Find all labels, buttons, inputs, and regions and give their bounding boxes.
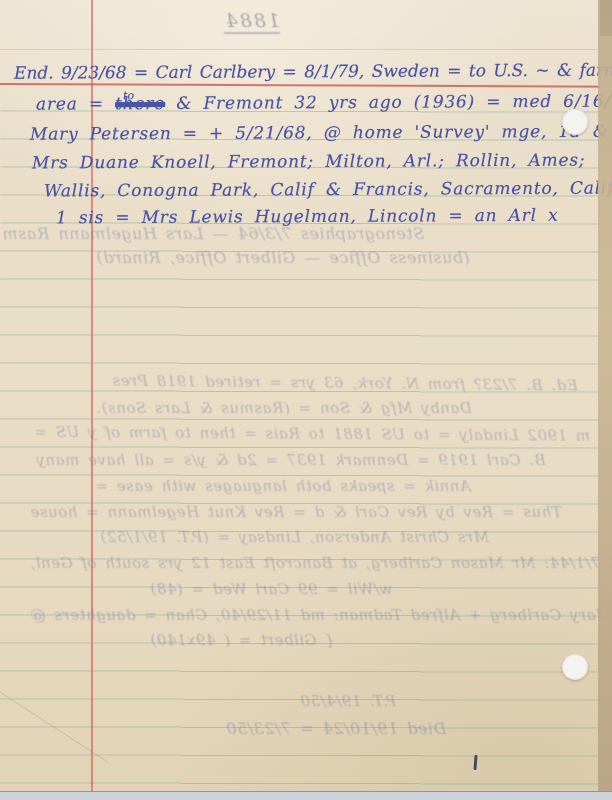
- line-2-prefix: area =: [36, 94, 115, 114]
- ghost-line: Stenographies 7/3/64 — Lars Hugelmann Ra…: [2, 224, 424, 243]
- page-bottom-edge: [0, 791, 612, 800]
- handwritten-line-1: End. 9/23/68 = Carl Carlbery = 8/1/79, S…: [14, 56, 612, 87]
- ghost-line: w/Wil = 99 Carl Wed = (48): [150, 580, 392, 598]
- ghost-line: P.T. 7/1/44: Mr Mason Carlberg, at Bancr…: [30, 554, 612, 572]
- ghost-line: ( Mary Carlberg + Alfred Tadman: md 11/2…: [30, 606, 612, 624]
- punched-hole-bottom: [562, 654, 588, 680]
- ghost-line: B. Carl 1919 = Denmark 1937 = 2d & y/s =…: [36, 451, 546, 469]
- handwritten-line-3: Mary Petersen = + 5/21/68, @ home 'Surve…: [30, 117, 612, 149]
- page-right-edge: [598, 0, 612, 793]
- ghost-line: Died 19/10/24 = 7/23/50: [226, 719, 446, 738]
- ghost-line: { Gilbert = ( 49x140): [150, 631, 335, 649]
- ghost-line: Annik = speaks both languages with ease …: [95, 477, 471, 495]
- red-margin-line-bleedthrough: [0, 49, 600, 50]
- line-2-suffix: & Fremont 32 yrs ago (1936) = med 6/16/0…: [165, 91, 612, 114]
- handwritten-line-2: area = thereto & Fremont 32 yrs ago (193…: [36, 87, 612, 118]
- handwritten-line-4: Mrs Duane Knoell, Fremont; Milton, Arl.;…: [32, 147, 585, 178]
- struck-out-word: thereto: [115, 94, 165, 114]
- ghost-line: Danby Mfg & Son = (Rasmus & Lars Sons).: [96, 399, 472, 417]
- ghost-line: (business Office — Gilbert Office, Rinar…: [96, 248, 470, 267]
- inserted-word-above: to: [123, 82, 134, 110]
- scanned-document-page: 1884 End. 9/23/68 = Carl Carlbery = 8/1/…: [0, 0, 612, 800]
- handwritten-line-5: Wallis, Conogna Park, Calif & Francis, S…: [44, 174, 612, 205]
- punched-hole-top: [562, 109, 588, 135]
- red-vertical-margin-line: [91, 0, 93, 793]
- ghost-line: Thus = Rev by Rev Carl & d = Rev Knut He…: [30, 503, 562, 521]
- year-ghost-text: 1884: [224, 10, 280, 34]
- ghost-line: Mrs Christ Anderson, Lindsay = (P.T. 19/…: [100, 528, 489, 546]
- ghost-line: P.T. 19/4/50: [300, 692, 396, 710]
